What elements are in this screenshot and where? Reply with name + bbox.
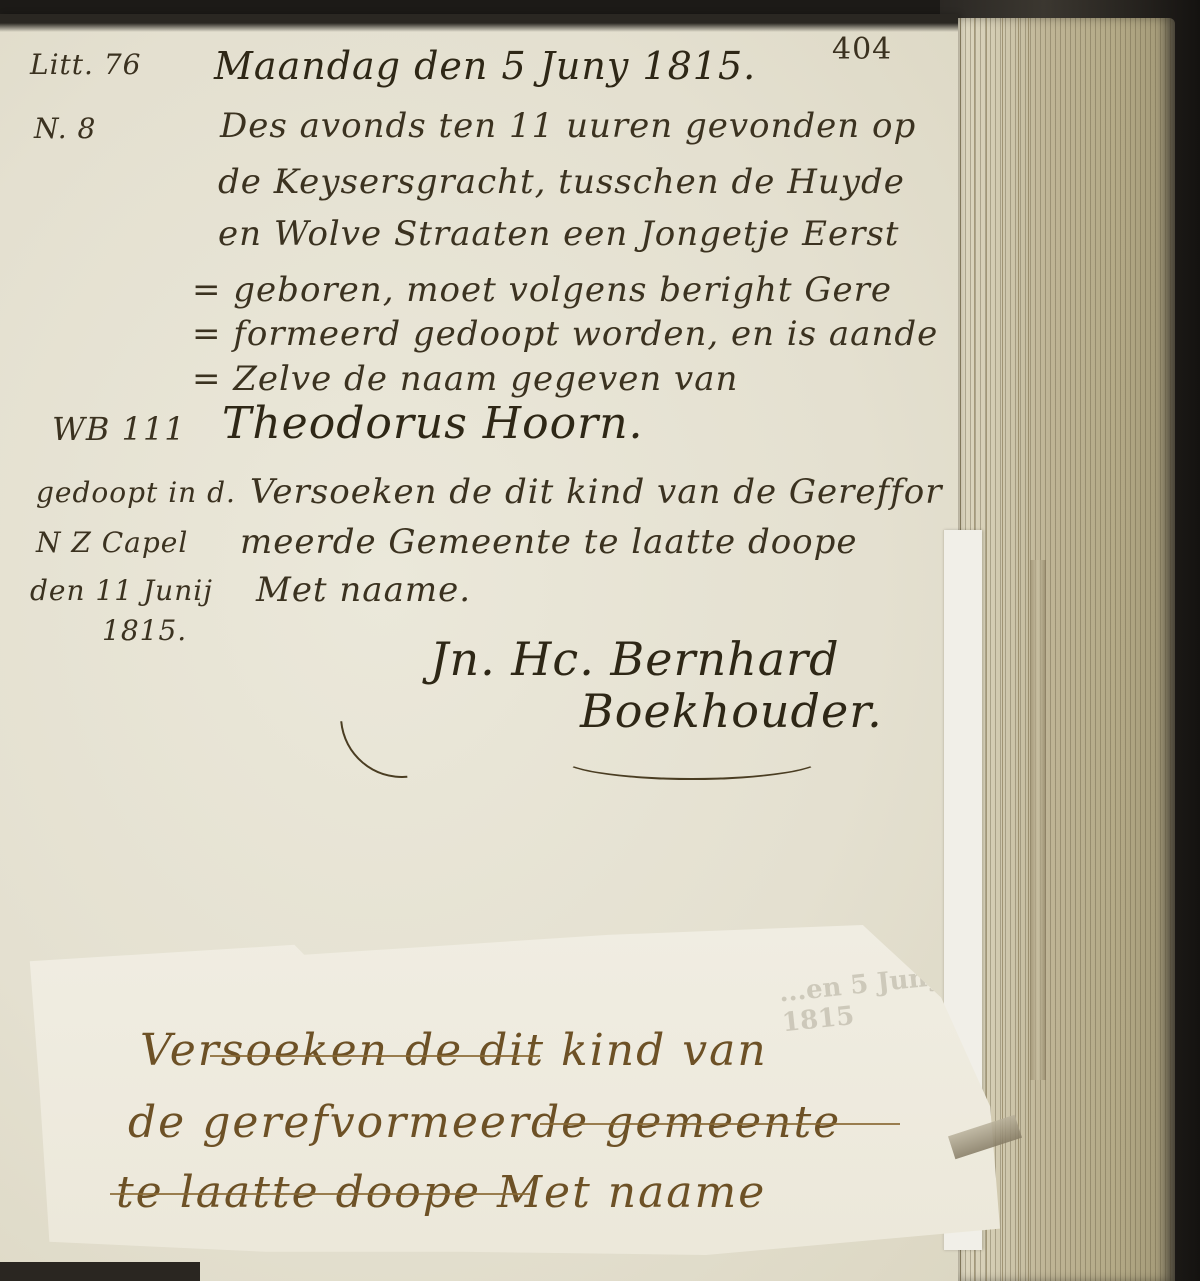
entry-line: = geboren, moet volgens beright Gere	[192, 270, 892, 310]
entry-line: = Zelve de naam gegeven van	[192, 359, 738, 399]
margin-reference-number: N. 8	[34, 112, 96, 145]
margin-baptism-note: N Z Capel	[36, 526, 188, 559]
margin-baptism-note: den 11 Junij	[30, 574, 213, 607]
signature-underline-flourish	[560, 736, 824, 780]
margin-reference-litt: Litt. 76	[30, 48, 141, 81]
entry-line: en Wolve Straaten een Jongetje Eerst	[218, 214, 899, 254]
margin-baptism-note: gedoopt in d.	[36, 476, 236, 509]
book-binding-bottom	[0, 1262, 200, 1281]
page-edge	[1018, 18, 1019, 1281]
page-edge	[1028, 18, 1029, 1281]
page-top-shadow	[0, 14, 958, 32]
page-number: 404	[832, 32, 892, 67]
request-line: meerde Gemeente te laatte doope	[240, 522, 858, 562]
slip-strike-line	[110, 1193, 530, 1195]
pasted-slip: ...en 5 Juny 1815 Versoeken de dit kind …	[20, 925, 1000, 1255]
signature-title: Boekhouder.	[580, 684, 883, 738]
request-line: Versoeken de dit kind van de Gereffor	[250, 472, 942, 512]
torn-leaf-stub	[1030, 560, 1046, 1080]
entry-line: = formeerd gedoopt worden, en is aande	[192, 314, 938, 354]
entry-line: Des avonds ten 11 uuren gevonden op	[220, 106, 916, 146]
entry-date-line: Maandag den 5 Juny 1815.	[214, 44, 756, 88]
slip-strike-line	[540, 1123, 900, 1125]
slip-strike-line	[210, 1055, 540, 1057]
entry-line: de Keysersgracht, tusschen de Huyde	[218, 162, 905, 202]
margin-register-code: WB 111	[52, 410, 186, 448]
page-edge	[1002, 18, 1003, 1281]
slip-line: Versoeken de dit kind van	[140, 1025, 768, 1076]
signature-name: Jn. Hc. Bernhard	[430, 632, 840, 686]
margin-baptism-note: 1815.	[102, 614, 187, 647]
child-name: Theodorus Hoorn.	[222, 398, 644, 449]
page-edge	[986, 18, 987, 1281]
request-line: Met naame.	[256, 570, 471, 610]
